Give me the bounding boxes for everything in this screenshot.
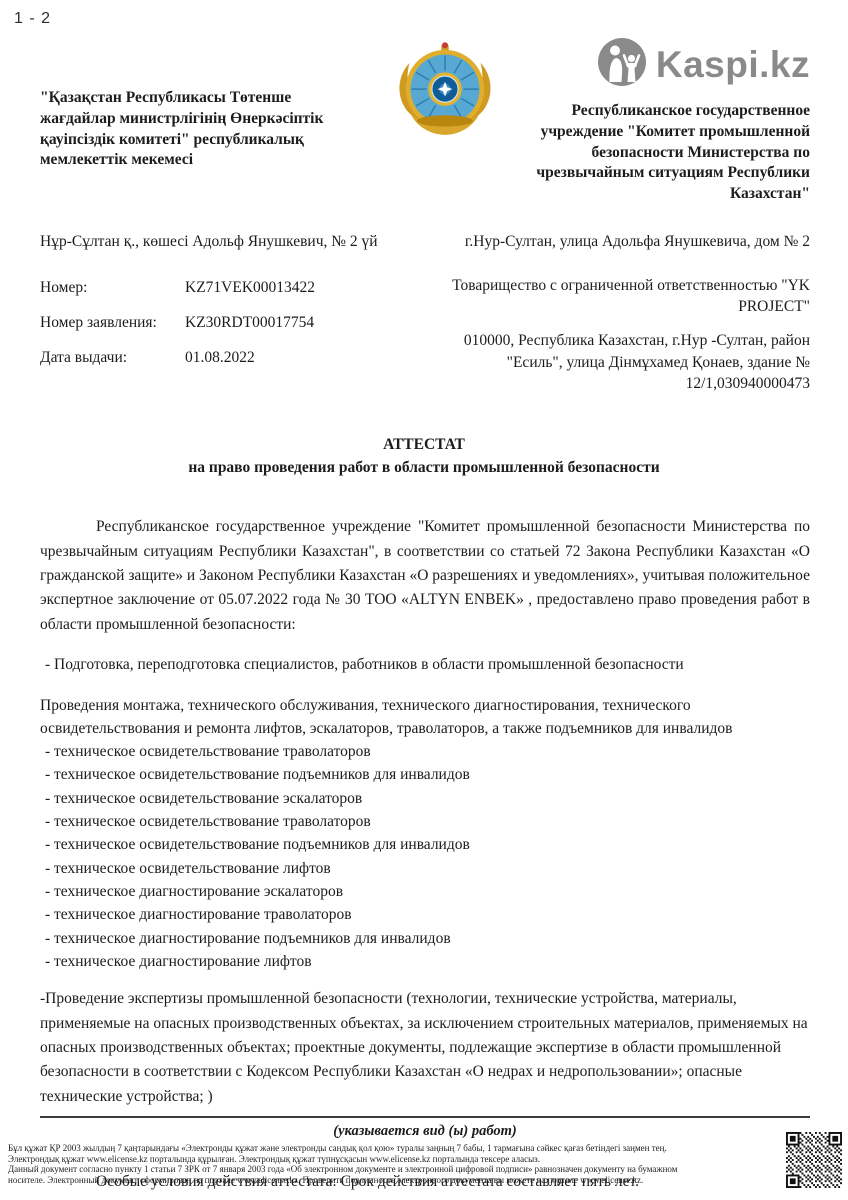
expertise-paragraph: -Проведение экспертизы промышленной безо… <box>40 987 810 1109</box>
issuer-org-kazakh: "Қазақстан Республикасы Төтенше жағдайла… <box>40 88 370 205</box>
document-body: Республиканское государственное учрежден… <box>0 515 848 1193</box>
footnote-line: Электрондық құжат www.elicense.kz портал… <box>8 1154 780 1165</box>
recipient-name: Товарищество с ограниченной ответственно… <box>420 275 810 318</box>
document-title: АТТЕСТАТ на право проведения работ в обл… <box>0 433 848 480</box>
certificate-fields: Номер: KZ71VEK00013422 Номер заявления: … <box>40 275 400 395</box>
field-application-number-value: KZ30RDT00017754 <box>185 314 400 332</box>
recipient-address: 010000, Республика Казахстан, г.Нур -Сул… <box>420 330 810 395</box>
intro-paragraph: Республиканское государственное учрежден… <box>40 515 810 637</box>
work-item: - техническое освидетельствование подъем… <box>40 834 810 856</box>
work-item: - техническое освидетельствование травол… <box>40 741 810 763</box>
field-number-label: Номер: <box>40 279 185 297</box>
divider-line <box>40 1116 810 1118</box>
work-item: - техническое диагностирование подъемник… <box>40 928 810 950</box>
issuer-org-russian: Республиканское государственное учрежден… <box>520 101 810 205</box>
document-title-line2: на право проведения работ в области пром… <box>0 456 848 479</box>
work-item: - техническое освидетельствование травол… <box>40 811 810 833</box>
kaspi-figures-icon <box>598 38 646 91</box>
kaspi-logo: Kaspi.kz <box>598 38 810 91</box>
qr-code-icon <box>786 1132 842 1188</box>
document-title-line1: АТТЕСТАТ <box>0 433 848 456</box>
work-item: - техническое диагностирование эскалатор… <box>40 881 810 903</box>
footnote-line: носителе. Электронный документ сформиров… <box>8 1175 780 1186</box>
page-indicator: 1 - 2 <box>14 10 51 28</box>
field-issue-date-value: 01.08.2022 <box>185 349 400 367</box>
issuer-address-row: Нұр-Сұлтан қ., көшесі Адольф Янушкевич, … <box>0 205 848 253</box>
document-header: "Қазақстан Республикасы Төтенше жағдайла… <box>0 0 848 205</box>
field-number: Номер: KZ71VEK00013422 <box>40 279 400 297</box>
certificate-info-row: Номер: KZ71VEK00013422 Номер заявления: … <box>0 253 848 395</box>
works-group-heading: Проведения монтажа, технического обслужи… <box>40 694 810 741</box>
field-issue-date: Дата выдачи: 01.08.2022 <box>40 349 400 367</box>
footnote-line: Данный документ согласно пункту 1 статьи… <box>8 1164 780 1175</box>
kazakhstan-coat-of-arms-icon <box>389 34 501 153</box>
field-issue-date-label: Дата выдачи: <box>40 349 185 367</box>
certificate-document: 1 - 2 "Қазақстан Республикасы Төтенше жа… <box>0 0 848 1200</box>
works-type-caption: (указывается вид (ы) работ) <box>40 1123 810 1140</box>
field-application-number-label: Номер заявления: <box>40 314 185 332</box>
header-right-column: Kaspi.kz Республиканское государственное… <box>520 34 810 205</box>
works-list: - техническое освидетельствование травол… <box>40 741 810 973</box>
recipient-block: Товарищество с ограниченной ответственно… <box>420 275 810 395</box>
field-application-number: Номер заявления: KZ30RDT00017754 <box>40 314 400 332</box>
footnote-line: Бұл құжат ҚР 2003 жылдың 7 қаңтарындағы … <box>8 1143 780 1154</box>
work-item: - техническое освидетельствование эскала… <box>40 788 810 810</box>
work-item: - техническое диагностирование лифтов <box>40 951 810 973</box>
work-item: - техническое освидетельствование подъем… <box>40 764 810 786</box>
field-number-value: KZ71VEK00013422 <box>185 279 400 297</box>
kaspi-logo-text: Kaspi.kz <box>656 44 810 86</box>
issuer-address-kazakh: Нұр-Сұлтан қ., көшесі Адольф Янушкевич, … <box>40 231 390 253</box>
work-item: - техническое диагностирование траволато… <box>40 904 810 926</box>
work-item-training: - Подготовка, переподготовка специалисто… <box>40 654 810 676</box>
issuer-address-russian: г.Нур-Султан, улица Адольфа Янушкевича, … <box>440 231 810 253</box>
emblem-container <box>370 34 520 205</box>
legal-footnote: Бұл құжат ҚР 2003 жылдың 7 қаңтарындағы … <box>8 1143 780 1186</box>
work-item: - техническое освидетельствование лифтов <box>40 858 810 880</box>
